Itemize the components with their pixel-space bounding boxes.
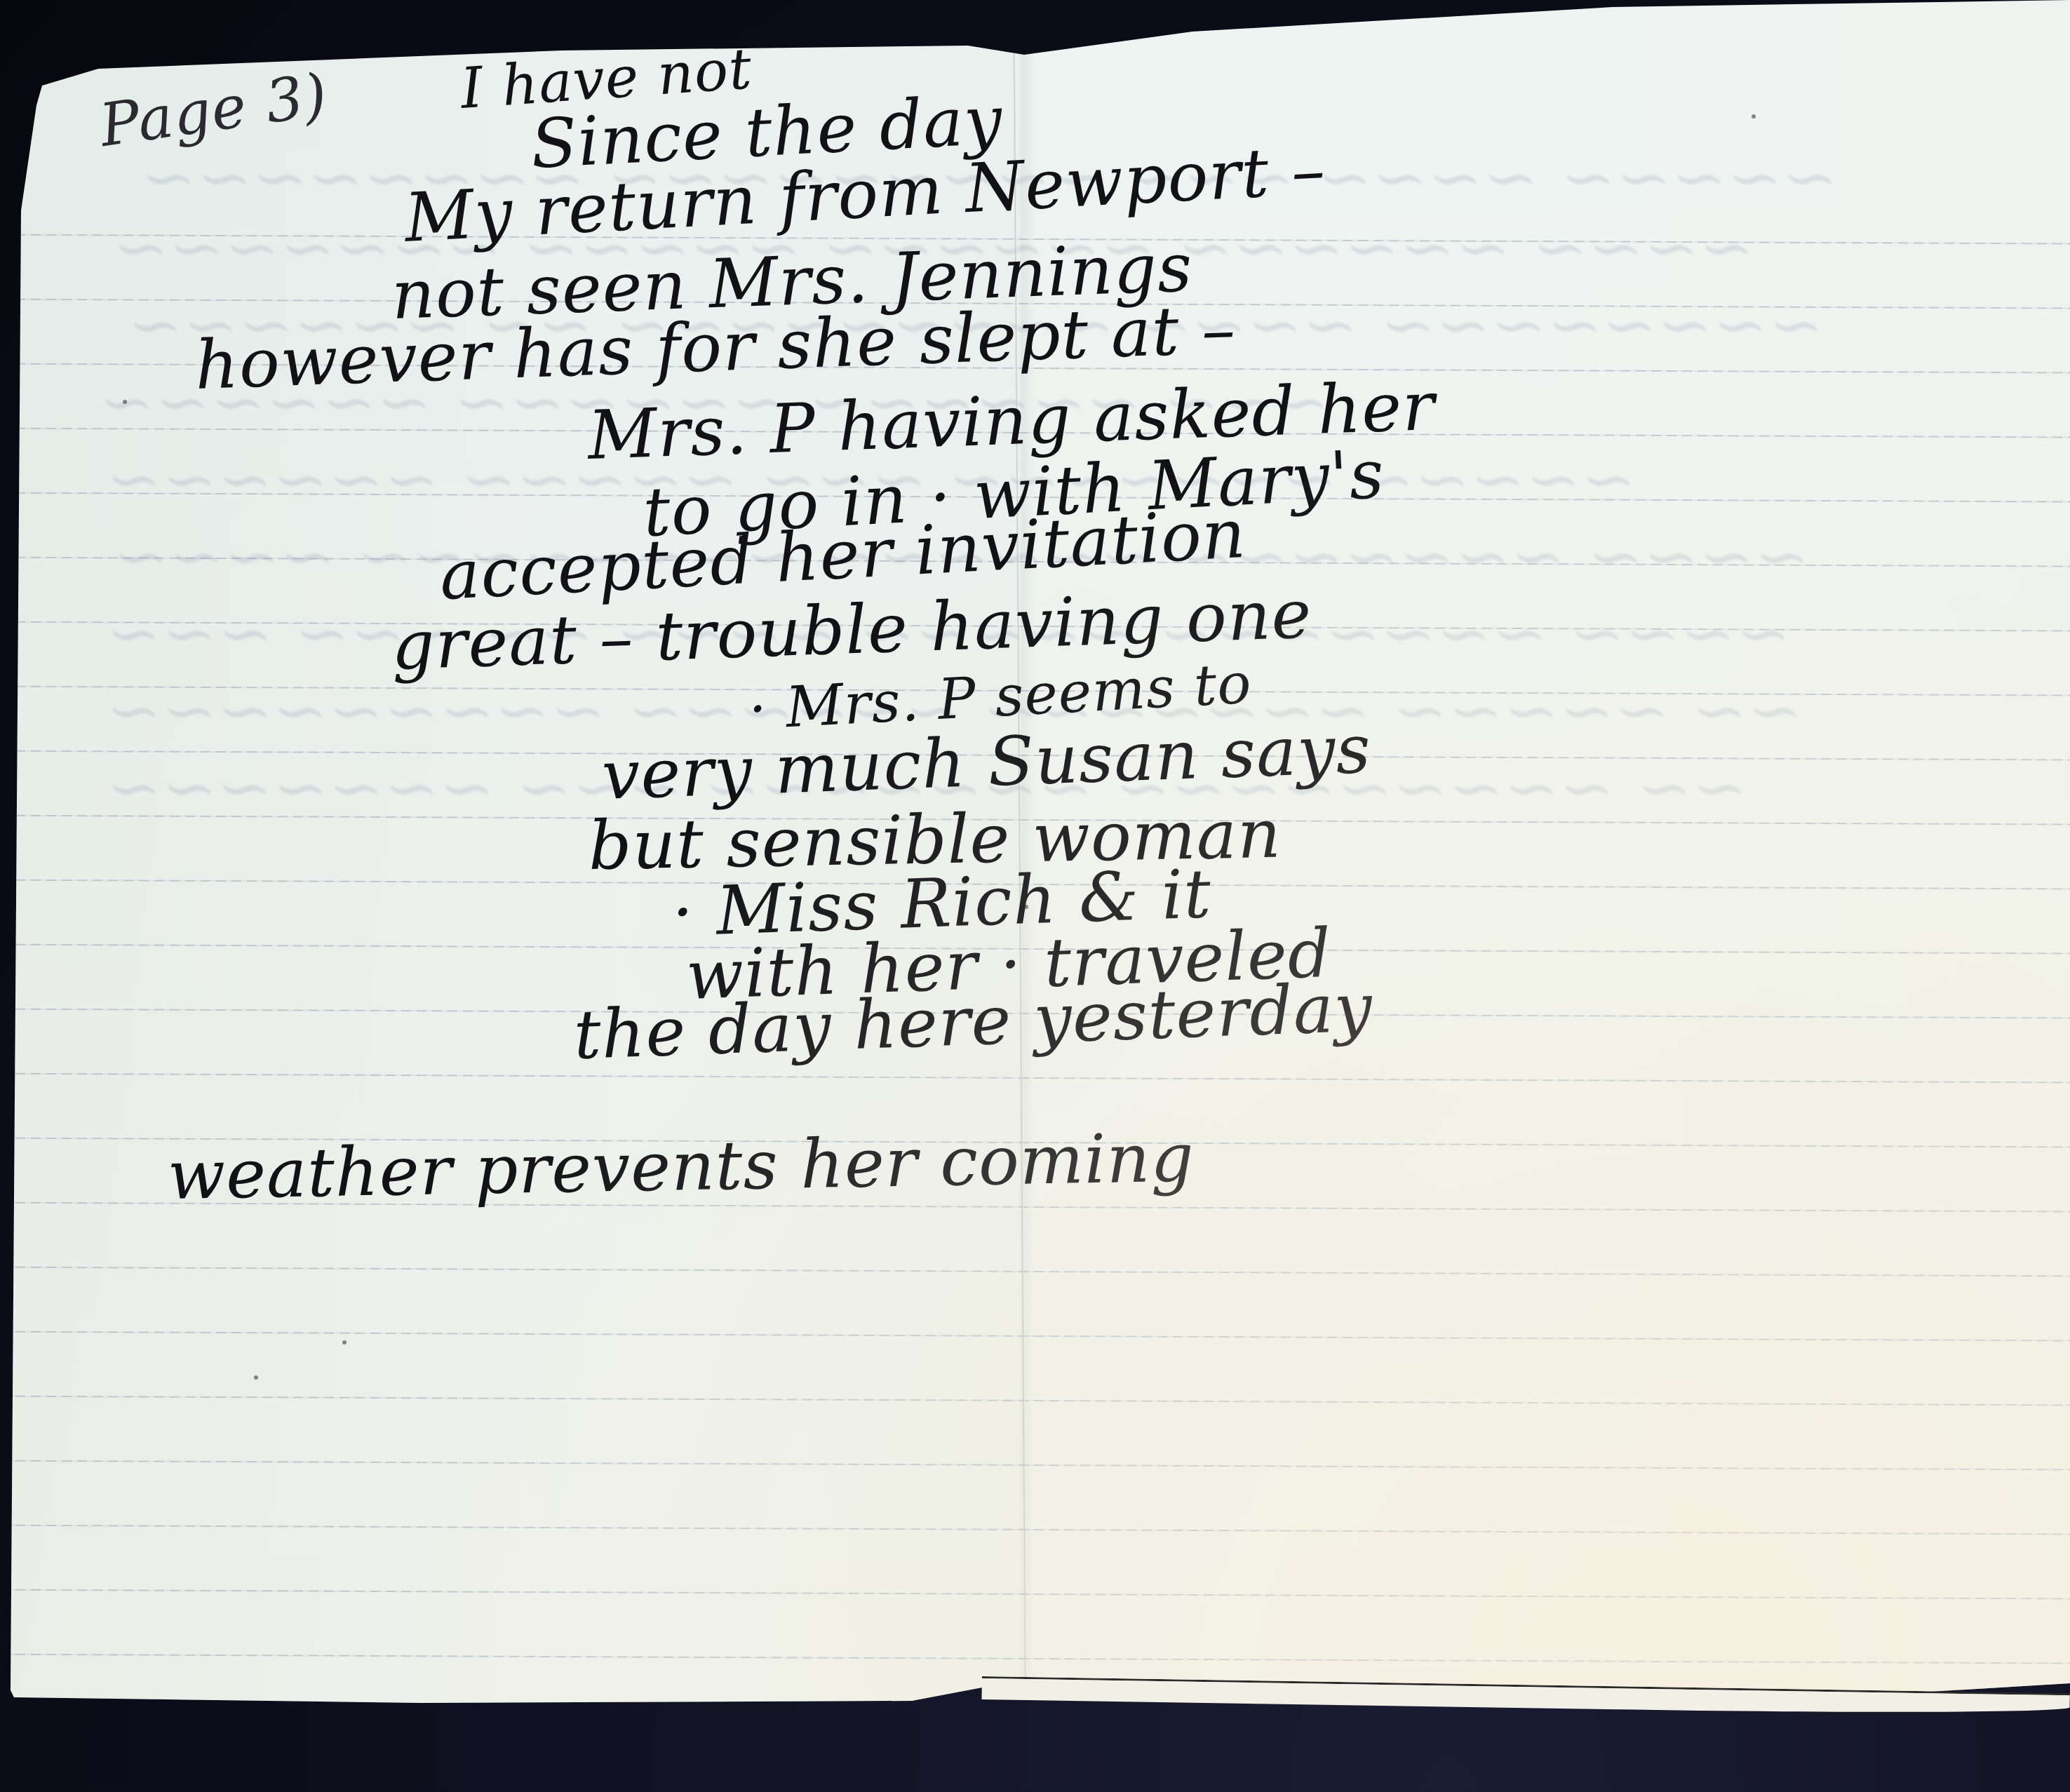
ruled-line — [0, 299, 2070, 309]
page-label: Page 3) — [95, 60, 332, 160]
ruled-line — [0, 1331, 2070, 1342]
bleed-through-text: ~~ ~~~~~ ~~~~~~~ ~~~~~~ ~~~~~~~~~ — [99, 673, 1808, 748]
ruled-line — [0, 492, 2070, 503]
handwritten-line: · Miss Rich & it — [671, 854, 1213, 952]
bleed-through-text: ~~~ ~~~~~~ ~~~~~~ ~~~~~~ — [92, 365, 1336, 440]
handwritten-line: however has for she slept at – — [194, 290, 1237, 405]
ruled-line — [0, 1460, 2070, 1471]
ruled-line — [0, 880, 2070, 890]
handwritten-line: with her · traveled — [685, 914, 1333, 1015]
ruled-line — [0, 363, 2070, 374]
photo-scene: ~~~~~ ~~~~ ~~~ ~~~~~~~~~ ~~~~~~~~ ~~~~ ~… — [0, 0, 2070, 1792]
ruled-line — [0, 944, 2070, 955]
bleed-through-text: ~~~~ ~~~~~~~ ~~~~~~ ~~~~~~~~ ~~~~ — [106, 519, 1815, 594]
page-fold-crease — [1013, 49, 1027, 1690]
bleed-through-text: ~~~~ ~~~~~~ ~~~~~~ ~~~~~ ~~~~~~~ — [106, 210, 1760, 285]
ruled-line — [0, 234, 2070, 245]
bleed-through-text: ~~~~ ~~~~~~~ ~~~~~ ~~~~ ~~ ~~~ ~~~ — [99, 596, 1797, 671]
ruled-line — [0, 686, 2070, 696]
ruled-line — [0, 1654, 2070, 1664]
handwritten-line: to go in · with Mary's — [641, 435, 1386, 552]
ruled-line — [0, 750, 2070, 761]
handwritten-line: accepted her invitation — [438, 494, 1248, 615]
ruled-line — [0, 428, 2070, 438]
ruled-line — [0, 1138, 2070, 1148]
handwritten-line: not seen Mrs. Jennings — [390, 228, 1194, 335]
handwritten-line: but sensible woman — [588, 795, 1282, 885]
handwritten-line: My return from Newport – — [403, 130, 1327, 257]
ruled-line — [0, 1589, 2070, 1600]
handwritten-line: weather prevents her coming — [167, 1118, 1195, 1215]
handwritten-line: great – trouble having one — [390, 574, 1313, 685]
handwritten-line: Mrs. P having asked her — [586, 367, 1437, 475]
ruled-line — [0, 1267, 2070, 1277]
paper-speck — [123, 400, 127, 404]
paper-speck — [342, 1340, 347, 1345]
paper-speck — [1752, 114, 1756, 119]
bleed-through-text: ~~ ~~~~~~~~~ ~~~~~~~ ~~~ ~~~~~~~ — [99, 750, 1753, 826]
ruled-line — [0, 1009, 2070, 1019]
paper-speck — [1024, 905, 1028, 909]
ruled-line — [0, 1202, 2070, 1213]
bleed-through-text: ~~~~~~~~ ~~~~ ~~~~~~~~~ ~~ ~~~~~~ — [120, 288, 1829, 363]
paper-speck — [254, 1375, 258, 1380]
handwritten-line: Since the day — [529, 81, 1004, 184]
ruled-line — [0, 1396, 2070, 1406]
handwritten-line: I have not — [459, 36, 755, 121]
ruled-line — [0, 557, 2070, 567]
handwritten-line: the day here yesterday — [572, 968, 1374, 1074]
ruled-line — [0, 1525, 2070, 1535]
handwritten-line: · Mrs. P seems to — [747, 651, 1253, 742]
ruled-line — [0, 1073, 2070, 1084]
ruled-line — [0, 815, 2070, 826]
lined-paper-sheet: ~~~~~ ~~~~ ~~~ ~~~~~~~~~ ~~~~~~~~ ~~~~ ~… — [0, 0, 2070, 1792]
handwritten-line: very much Susan says — [600, 710, 1372, 815]
bleed-through-text: ~~~~~ ~~~~~~~ ~~~ ~~~~~ ~~~~~~ — [99, 442, 1642, 517]
ruled-line — [0, 621, 2070, 632]
bleed-through-text: ~~~~~ ~~~~ ~~~ ~~~~~~~~~ ~~~~~~~~ — [134, 140, 1843, 215]
